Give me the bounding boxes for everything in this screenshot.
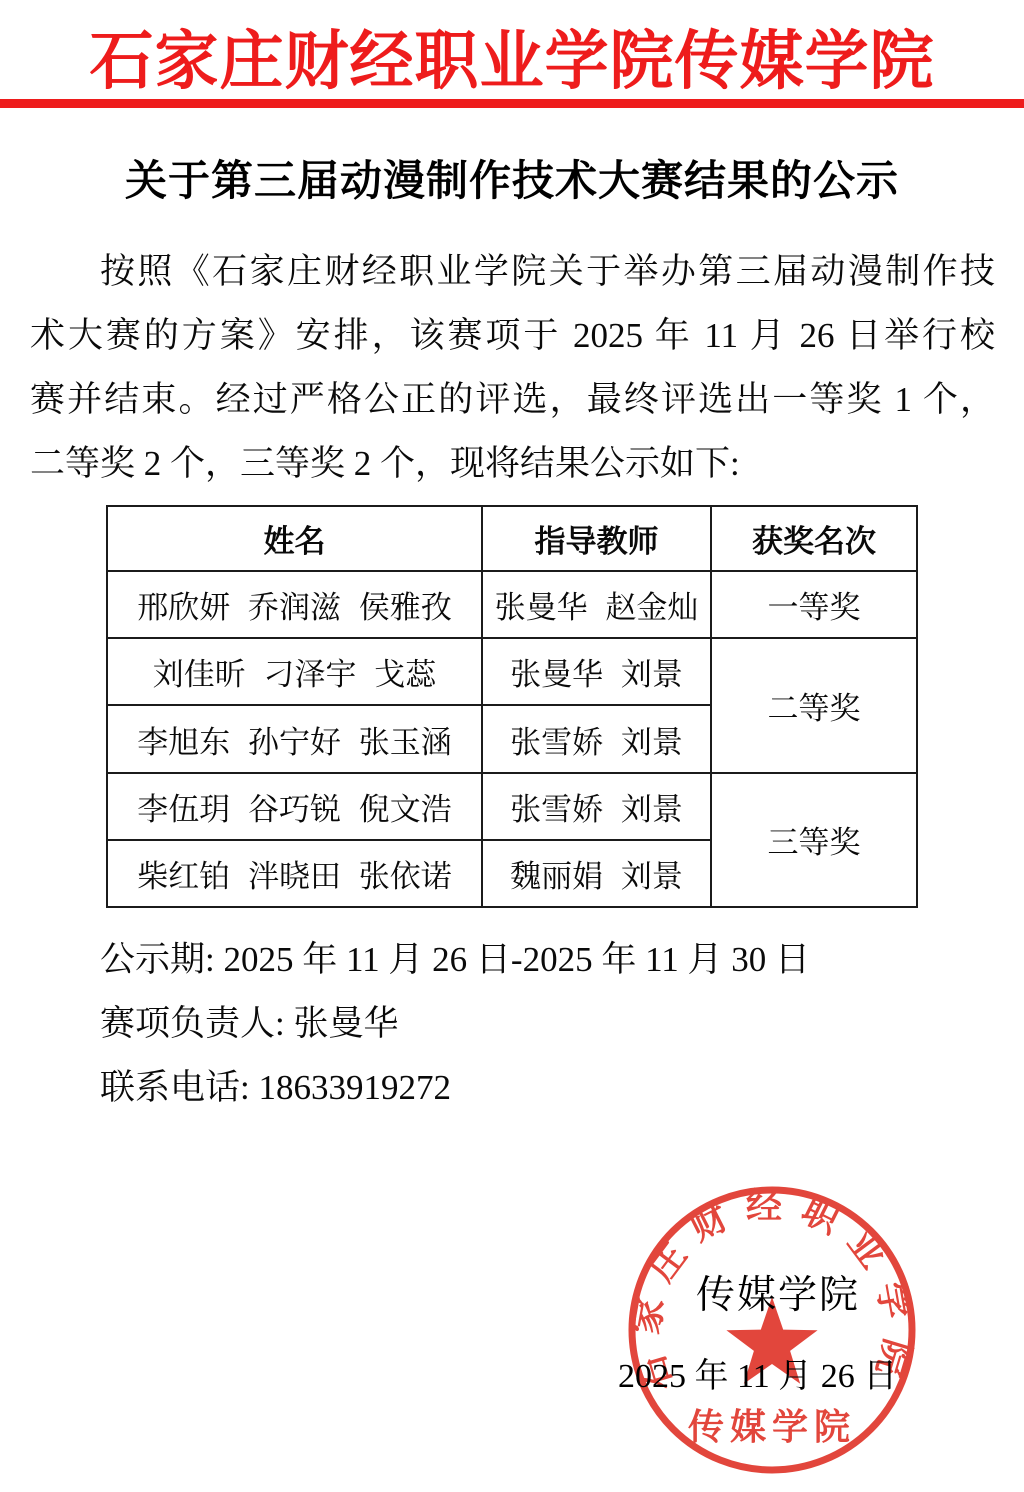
body-paragraph: 按照《石家庄财经职业学院关于举办第三届动漫制作技 术大赛的方案》安排，该赛项于 … [30,240,995,496]
names-cell: 刘佳昕 刁泽宇 戈蕊 [107,638,482,705]
publicity-period-line: 公示期: 2025 年 11 月 26 日-2025 年 11 月 30 日 [100,932,810,982]
table-header-row: 姓名 指导教师 获奖名次 [107,506,917,571]
event-leader-line: 赛项负责人: 张曼华 [100,996,398,1046]
column-header-names: 姓名 [107,506,482,571]
names-cell: 邢欣妍 乔润滋 侯雅孜 [107,571,482,638]
official-stamp: 石家庄财经职业学院 传媒学院 [625,1183,919,1477]
award-cell: 一等奖 [711,571,917,638]
results-table: 姓名 指导教师 获奖名次 邢欣妍 乔润滋 侯雅孜 张曼华 赵金灿 一等奖 刘佳昕… [106,505,918,908]
document-page: 石家庄财经职业学院传媒学院 关于第三届动漫制作技术大赛结果的公示 按照《石家庄财… [0,0,1024,1492]
column-header-teachers: 指导教师 [482,506,711,571]
header-divider [0,99,1024,108]
teachers-cell: 张曼华 刘景 [482,638,711,705]
paragraph-line: 赛并结束。经过严格公正的评选，最终评选出一等奖 1 个， [30,368,995,432]
names-cell: 李旭东 孙宁好 张玉涵 [107,705,482,772]
signature-date: 2025 年 11 月 26 日 [618,1348,897,1397]
page-title: 关于第三届动漫制作技术大赛结果的公示 [0,148,1024,208]
teachers-cell: 魏丽娟 刘景 [482,840,711,907]
contact-phone-line: 联系电话: 18633919272 [100,1060,451,1110]
signature-department: 传媒学院 [696,1264,860,1320]
stamp-ring [632,1190,912,1470]
teachers-cell: 张雪娇 刘景 [482,705,711,772]
header-title: 石家庄财经职业学院传媒学院 [0,10,1024,102]
teachers-cell: 张曼华 赵金灿 [482,571,711,638]
award-cell: 二等奖 [711,638,917,772]
stamp-bottom-text: 传媒学院 [688,1407,856,1447]
table-row: 李伍玥 谷巧锐 倪文浩 张雪娇 刘景 三等奖 [107,773,917,840]
names-cell: 柴红铂 泮晓田 张依诺 [107,840,482,907]
award-cell: 三等奖 [711,773,917,907]
table-row: 刘佳昕 刁泽宇 戈蕊 张曼华 刘景 二等奖 [107,638,917,705]
teachers-cell: 张雪娇 刘景 [482,773,711,840]
paragraph-line: 术大赛的方案》安排，该赛项于 2025 年 11 月 26 日举行校 [30,304,995,368]
paragraph-line: 按照《石家庄财经职业学院关于举办第三届动漫制作技 [30,240,995,304]
table-row: 邢欣妍 乔润滋 侯雅孜 张曼华 赵金灿 一等奖 [107,571,917,638]
column-header-award: 获奖名次 [711,506,917,571]
paragraph-line: 二等奖 2 个，三等奖 2 个，现将结果公示如下: [30,432,995,496]
names-cell: 李伍玥 谷巧锐 倪文浩 [107,773,482,840]
